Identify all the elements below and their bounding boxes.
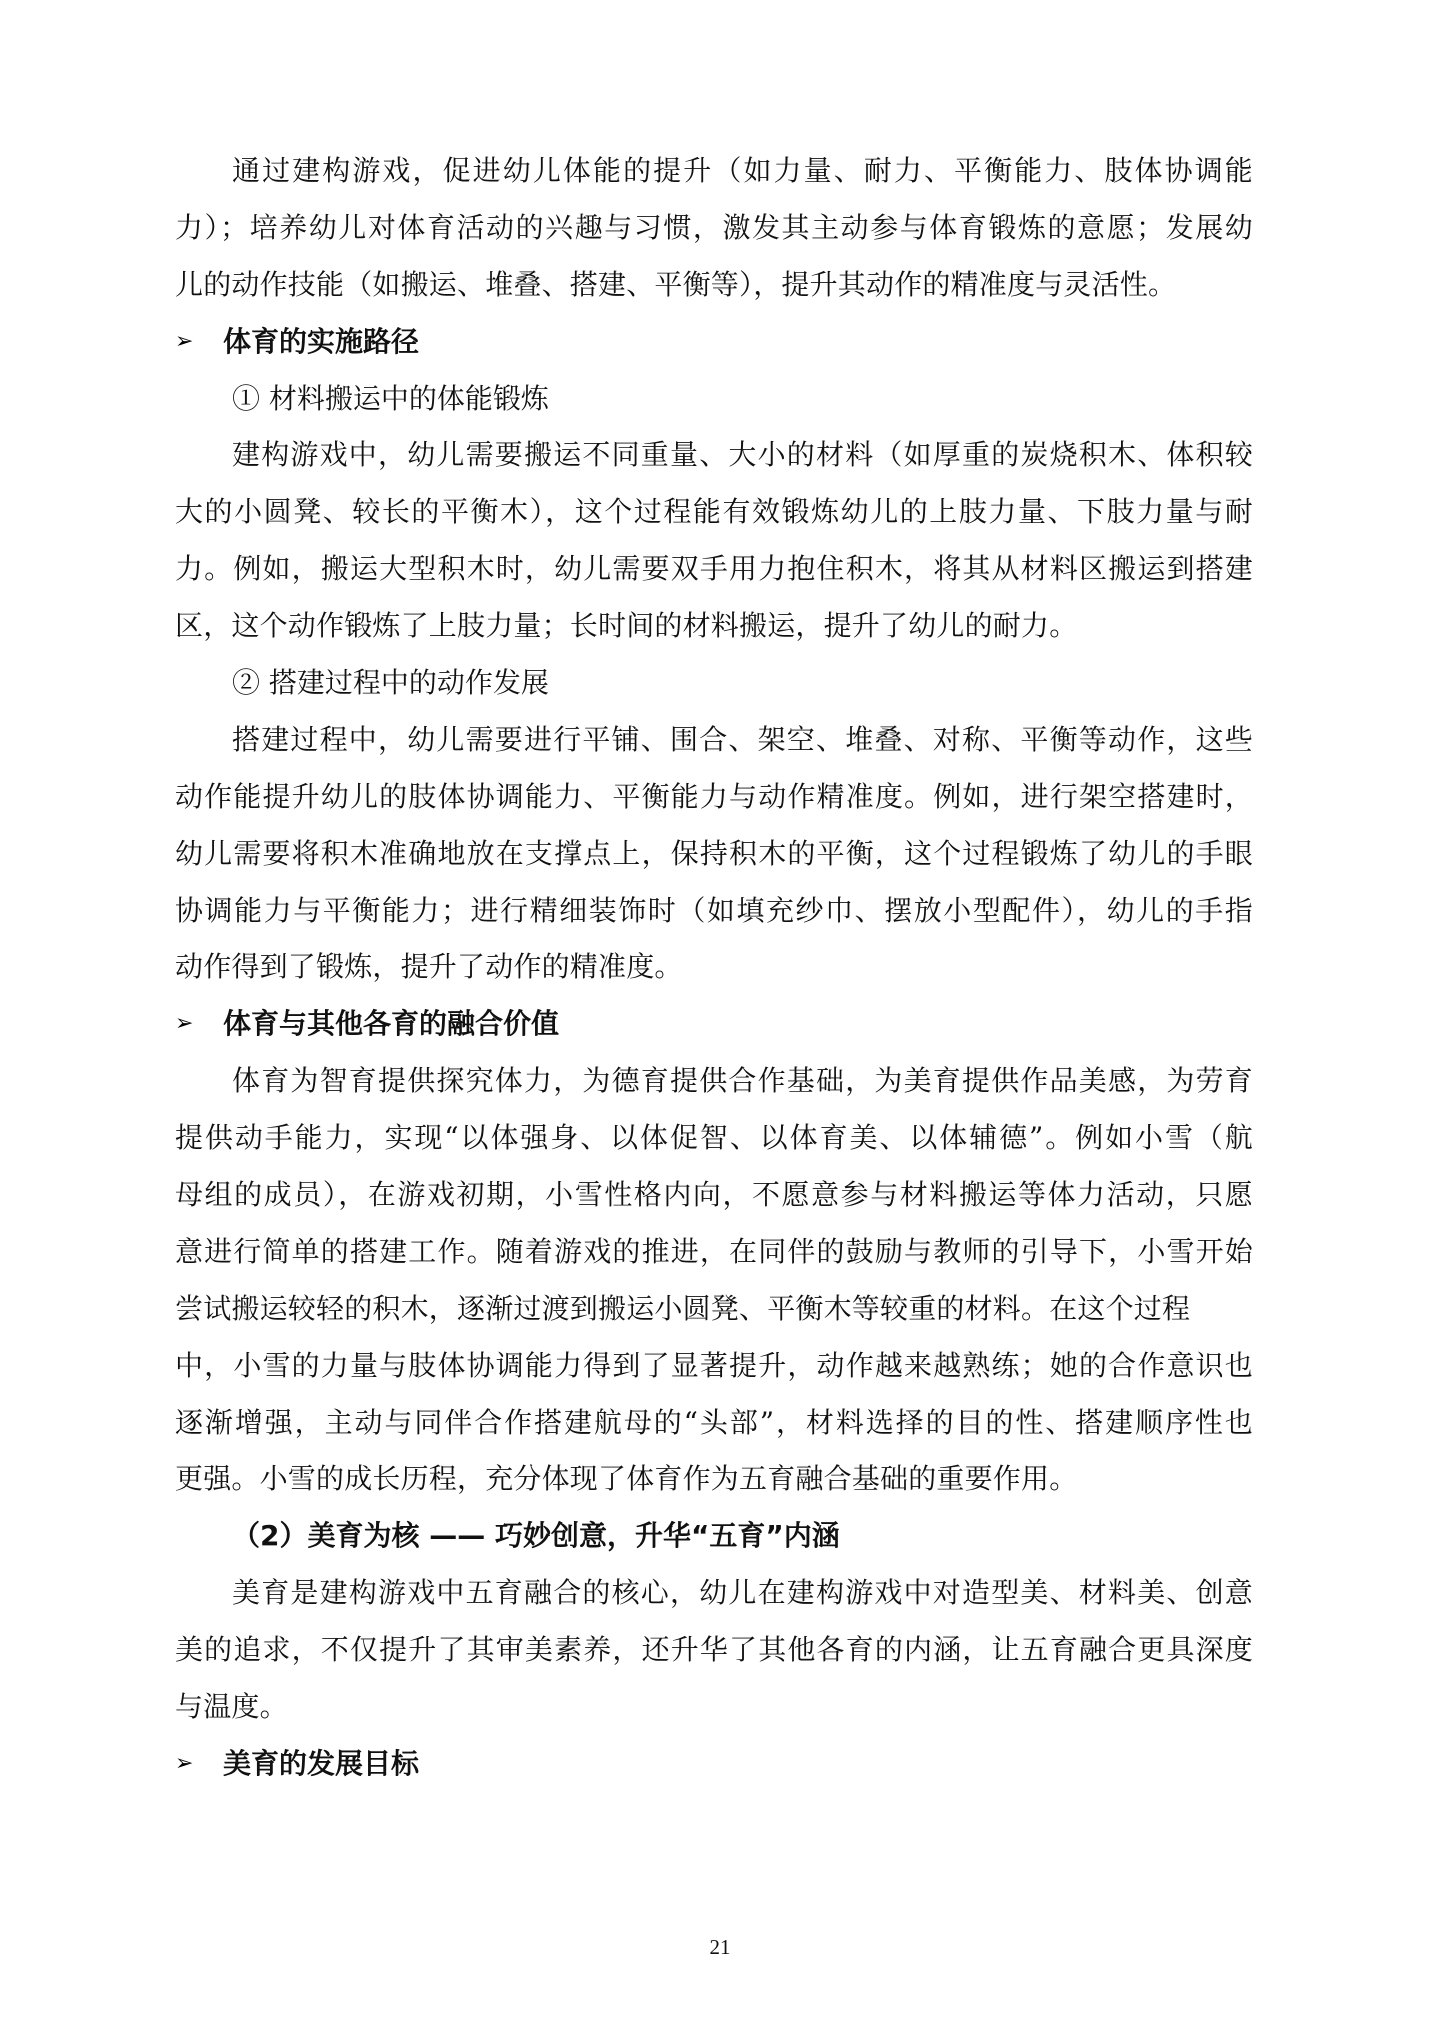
paragraph-line: 逐渐增强，主动与同伴合作搭建航母的“头部”，材料选择的目的性、搭建顺序性也 [175, 1395, 1253, 1452]
paragraph-line: 意进行简单的搭建工作。随着游戏的推进，在同伴的鼓励与教师的引导下，小雪开始 [175, 1224, 1253, 1281]
paragraph-line: 更强。小雪的成长历程，充分体现了体育作为五育融合基础的重要作用。 [175, 1451, 1253, 1508]
section-heading: ➢ 体育的实施路径 [175, 314, 1253, 371]
numbered-subtitle: ② 搭建过程中的动作发展 [175, 655, 1253, 712]
page-number: 21 [0, 1935, 1440, 1960]
paragraph-line: 力）；培养幼儿对体育活动的兴趣与习惯，激发其主动参与体育锻炼的意愿；发展幼 [175, 200, 1253, 257]
paragraph-line: 通过建构游戏，促进幼儿体能的提升（如力量、耐力、平衡能力、肢体协调能 [175, 143, 1253, 200]
paragraph-line: 与温度。 [175, 1679, 1253, 1736]
paragraph-line: 区，这个动作锻炼了上肢力量；长时间的材料搬运，提升了幼儿的耐力。 [175, 598, 1253, 655]
heading-text: 美育的发展目标 [223, 1736, 419, 1793]
heading-text: 体育与其他各育的融合价值 [223, 996, 559, 1053]
paragraph-line: 尝试搬运较轻的积木，逐渐过渡到搬运小圆凳、平衡木等较重的材料。在这个过程 [175, 1281, 1253, 1338]
paragraph-line: 动作得到了锻炼，提升了动作的精准度。 [175, 939, 1253, 996]
paragraph-line: 建构游戏中，幼儿需要搬运不同重量、大小的材料（如厚重的炭烧积木、体积较 [175, 427, 1253, 484]
numbered-subtitle: ① 材料搬运中的体能锻炼 [175, 371, 1253, 428]
heading-text: 体育的实施路径 [223, 314, 419, 371]
section-heading: ➢ 体育与其他各育的融合价值 [175, 996, 1253, 1053]
arrow-bullet-icon: ➢ [175, 996, 223, 1053]
page-content: 通过建构游戏，促进幼儿体能的提升（如力量、耐力、平衡能力、肢体协调能 力）；培养… [175, 143, 1253, 1793]
paragraph-line: 美的追求，不仅提升了其审美素养，还升华了其他各育的内涵，让五育融合更具深度 [175, 1622, 1253, 1679]
paragraph-line: 幼儿需要将积木准确地放在支撑点上，保持积木的平衡，这个过程锻炼了幼儿的手眼 [175, 826, 1253, 883]
arrow-bullet-icon: ➢ [175, 1736, 223, 1793]
paragraph-line: 协调能力与平衡能力；进行精细装饰时（如填充纱巾、摆放小型配件），幼儿的手指 [175, 883, 1253, 940]
subsection-heading: （2）美育为核 —— 巧妙创意，升华“五育”内涵 [175, 1508, 1253, 1565]
paragraph-line: 中，小雪的力量与肢体协调能力得到了显著提升，动作越来越熟练；她的合作意识也 [175, 1338, 1253, 1395]
paragraph-line: 大的小圆凳、较长的平衡木），这个过程能有效锻炼幼儿的上肢力量、下肢力量与耐 [175, 484, 1253, 541]
paragraph-line: 力。例如，搬运大型积木时，幼儿需要双手用力抱住积木，将其从材料区搬运到搭建 [175, 541, 1253, 598]
paragraph-line: 儿的动作技能（如搬运、堆叠、搭建、平衡等），提升其动作的精准度与灵活性。 [175, 257, 1253, 314]
paragraph-line: 体育为智育提供探究体力，为德育提供合作基础，为美育提供作品美感，为劳育 [175, 1053, 1253, 1110]
arrow-bullet-icon: ➢ [175, 314, 223, 371]
paragraph-line: 美育是建构游戏中五育融合的核心，幼儿在建构游戏中对造型美、材料美、创意 [175, 1565, 1253, 1622]
section-heading: ➢ 美育的发展目标 [175, 1736, 1253, 1793]
paragraph-line: 动作能提升幼儿的肢体协调能力、平衡能力与动作精准度。例如，进行架空搭建时， [175, 769, 1253, 826]
paragraph-line: 搭建过程中，幼儿需要进行平铺、围合、架空、堆叠、对称、平衡等动作，这些 [175, 712, 1253, 769]
document-page: 通过建构游戏，促进幼儿体能的提升（如力量、耐力、平衡能力、肢体协调能 力）；培养… [0, 0, 1440, 2036]
paragraph-line: 母组的成员），在游戏初期，小雪性格内向，不愿意参与材料搬运等体力活动，只愿 [175, 1167, 1253, 1224]
paragraph-line: 提供动手能力，实现“以体强身、以体促智、以体育美、以体辅德”。例如小雪（航 [175, 1110, 1253, 1167]
